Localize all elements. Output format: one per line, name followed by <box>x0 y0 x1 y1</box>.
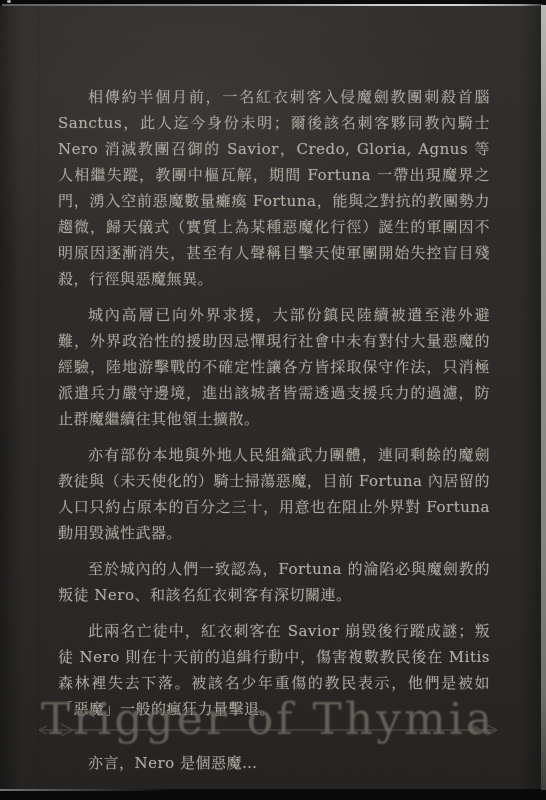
book-page: 相傳約半個月前，一名紅衣刺客入侵魔劍教團刺殺首腦 Sanctus，此人迄今身份未… <box>0 6 541 789</box>
book-page-photo: 相傳約半個月前，一名紅衣刺客入侵魔劍教團刺殺首腦 Sanctus，此人迄今身份未… <box>0 0 546 800</box>
paragraph-1: 相傳約半個月前，一名紅衣刺客入侵魔劍教團刺殺首腦 Sanctus，此人迄今身份未… <box>58 84 490 292</box>
top-left-speck <box>7 0 11 3</box>
paragraph-4: 至於城內的人們一致認為，Fortuna 的淪陷必與魔劍教的叛徒 Nero、和該名… <box>58 556 490 608</box>
page-top-edge-highlight <box>2 4 543 6</box>
page-crease <box>38 6 40 789</box>
closing-line: 亦言，Nero 是個惡魔… <box>58 750 490 776</box>
paragraph-5: 此兩名亡徒中，紅衣刺客在 Savior 崩毀後行蹤成謎；叛徒 Nero 則在十天… <box>58 618 490 722</box>
paragraph-3: 亦有部份本地與外地人民組織武力團體，連同剩餘的魔劍教徒與（未天使化的）騎士掃蕩惡… <box>58 442 490 546</box>
page-bottom-edge-highlight <box>0 789 170 791</box>
paragraph-2: 城內高層已向外界求援，大部份鎮民陸續被遣至港外避難，外界政治性的援助因忌憚現行社… <box>58 302 490 432</box>
page-text-block: 相傳約半個月前，一名紅衣刺客入侵魔劍教團刺殺首腦 Sanctus，此人迄今身份未… <box>58 84 490 776</box>
page-stack-right-edge <box>541 5 546 790</box>
